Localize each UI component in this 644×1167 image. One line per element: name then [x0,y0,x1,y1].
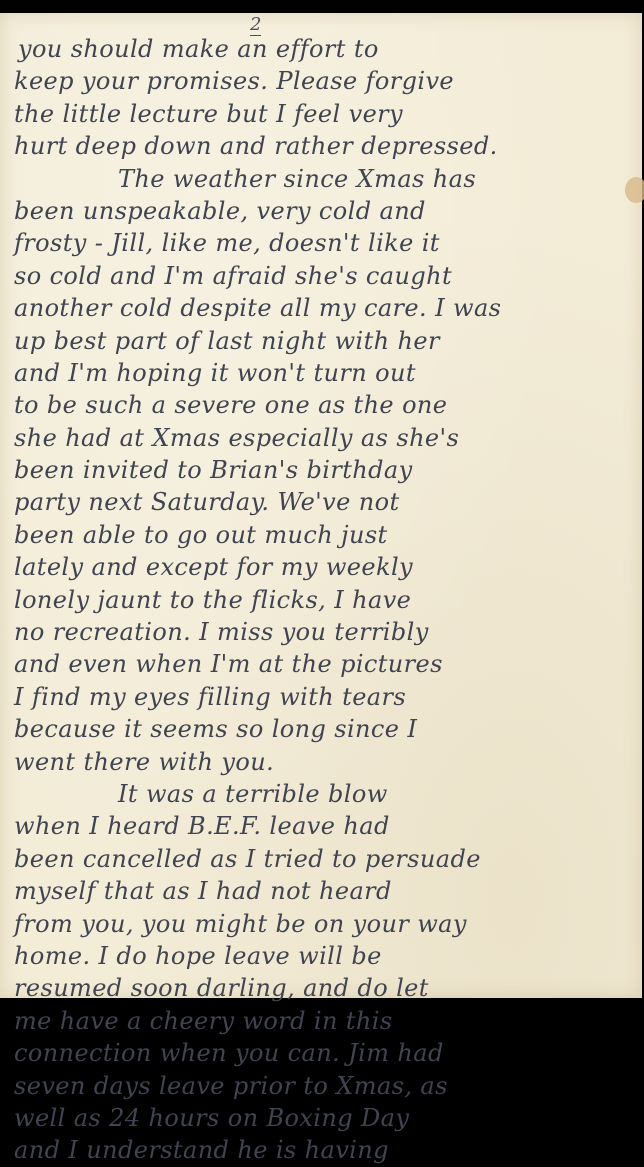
letter-line: The weather since Xmas has [0,163,642,195]
letter-line: to be such a severe one as the one [0,389,642,421]
letter-line: party next Saturday. We've not [0,486,642,518]
letter-line: I find my eyes filling with tears [0,681,642,713]
letter-line: and even when I'm at the pictures [0,648,642,680]
letter-line: been invited to Brian's birthday [0,454,642,486]
letter-line: the little lecture but I feel very [0,98,642,130]
letter-page: 2 you should make an effort tokeep your … [0,13,642,998]
letter-line: been unspeakable, very cold and [0,195,642,227]
letter-line: home. I do hope leave will be [0,940,642,972]
letter-line: frosty - Jill, like me, doesn't like it [0,227,642,259]
letter-line: been cancelled as I tried to persuade [0,843,642,875]
letter-line: been able to go out much just [0,519,642,551]
letter-line: and I'm hoping it won't turn out [0,357,642,389]
letter-line: because it seems so long since I [0,713,642,745]
letter-line: she had at Xmas especially as she's [0,422,642,454]
letter-line: went there with you. [0,746,642,778]
letter-line: myself that as I had not heard [0,875,642,907]
letter-line: up best part of last night with her [0,325,642,357]
letter-line: another cold despite all my care. I was [0,292,642,324]
letter-line: resumed soon darling, and do let [0,972,642,1000]
letter-line: lonely jaunt to the flicks, I have [0,584,642,616]
letter-line: when I heard B.E.F. leave had [0,810,642,842]
letter-line: you should make an effort to [0,33,642,65]
letter-line: from you, you might be on your way [0,908,642,940]
letter-body: you should make an effort tokeep your pr… [0,33,642,1000]
letter-line: lately and except for my weekly [0,551,642,583]
letter-line: no recreation. I miss you terribly [0,616,642,648]
letter-line: It was a terrible blow [0,778,642,810]
letter-line: so cold and I'm afraid she's caught [0,260,642,292]
letter-line: hurt deep down and rather depressed. [0,130,642,162]
letter-line: keep your promises. Please forgive [0,65,642,97]
